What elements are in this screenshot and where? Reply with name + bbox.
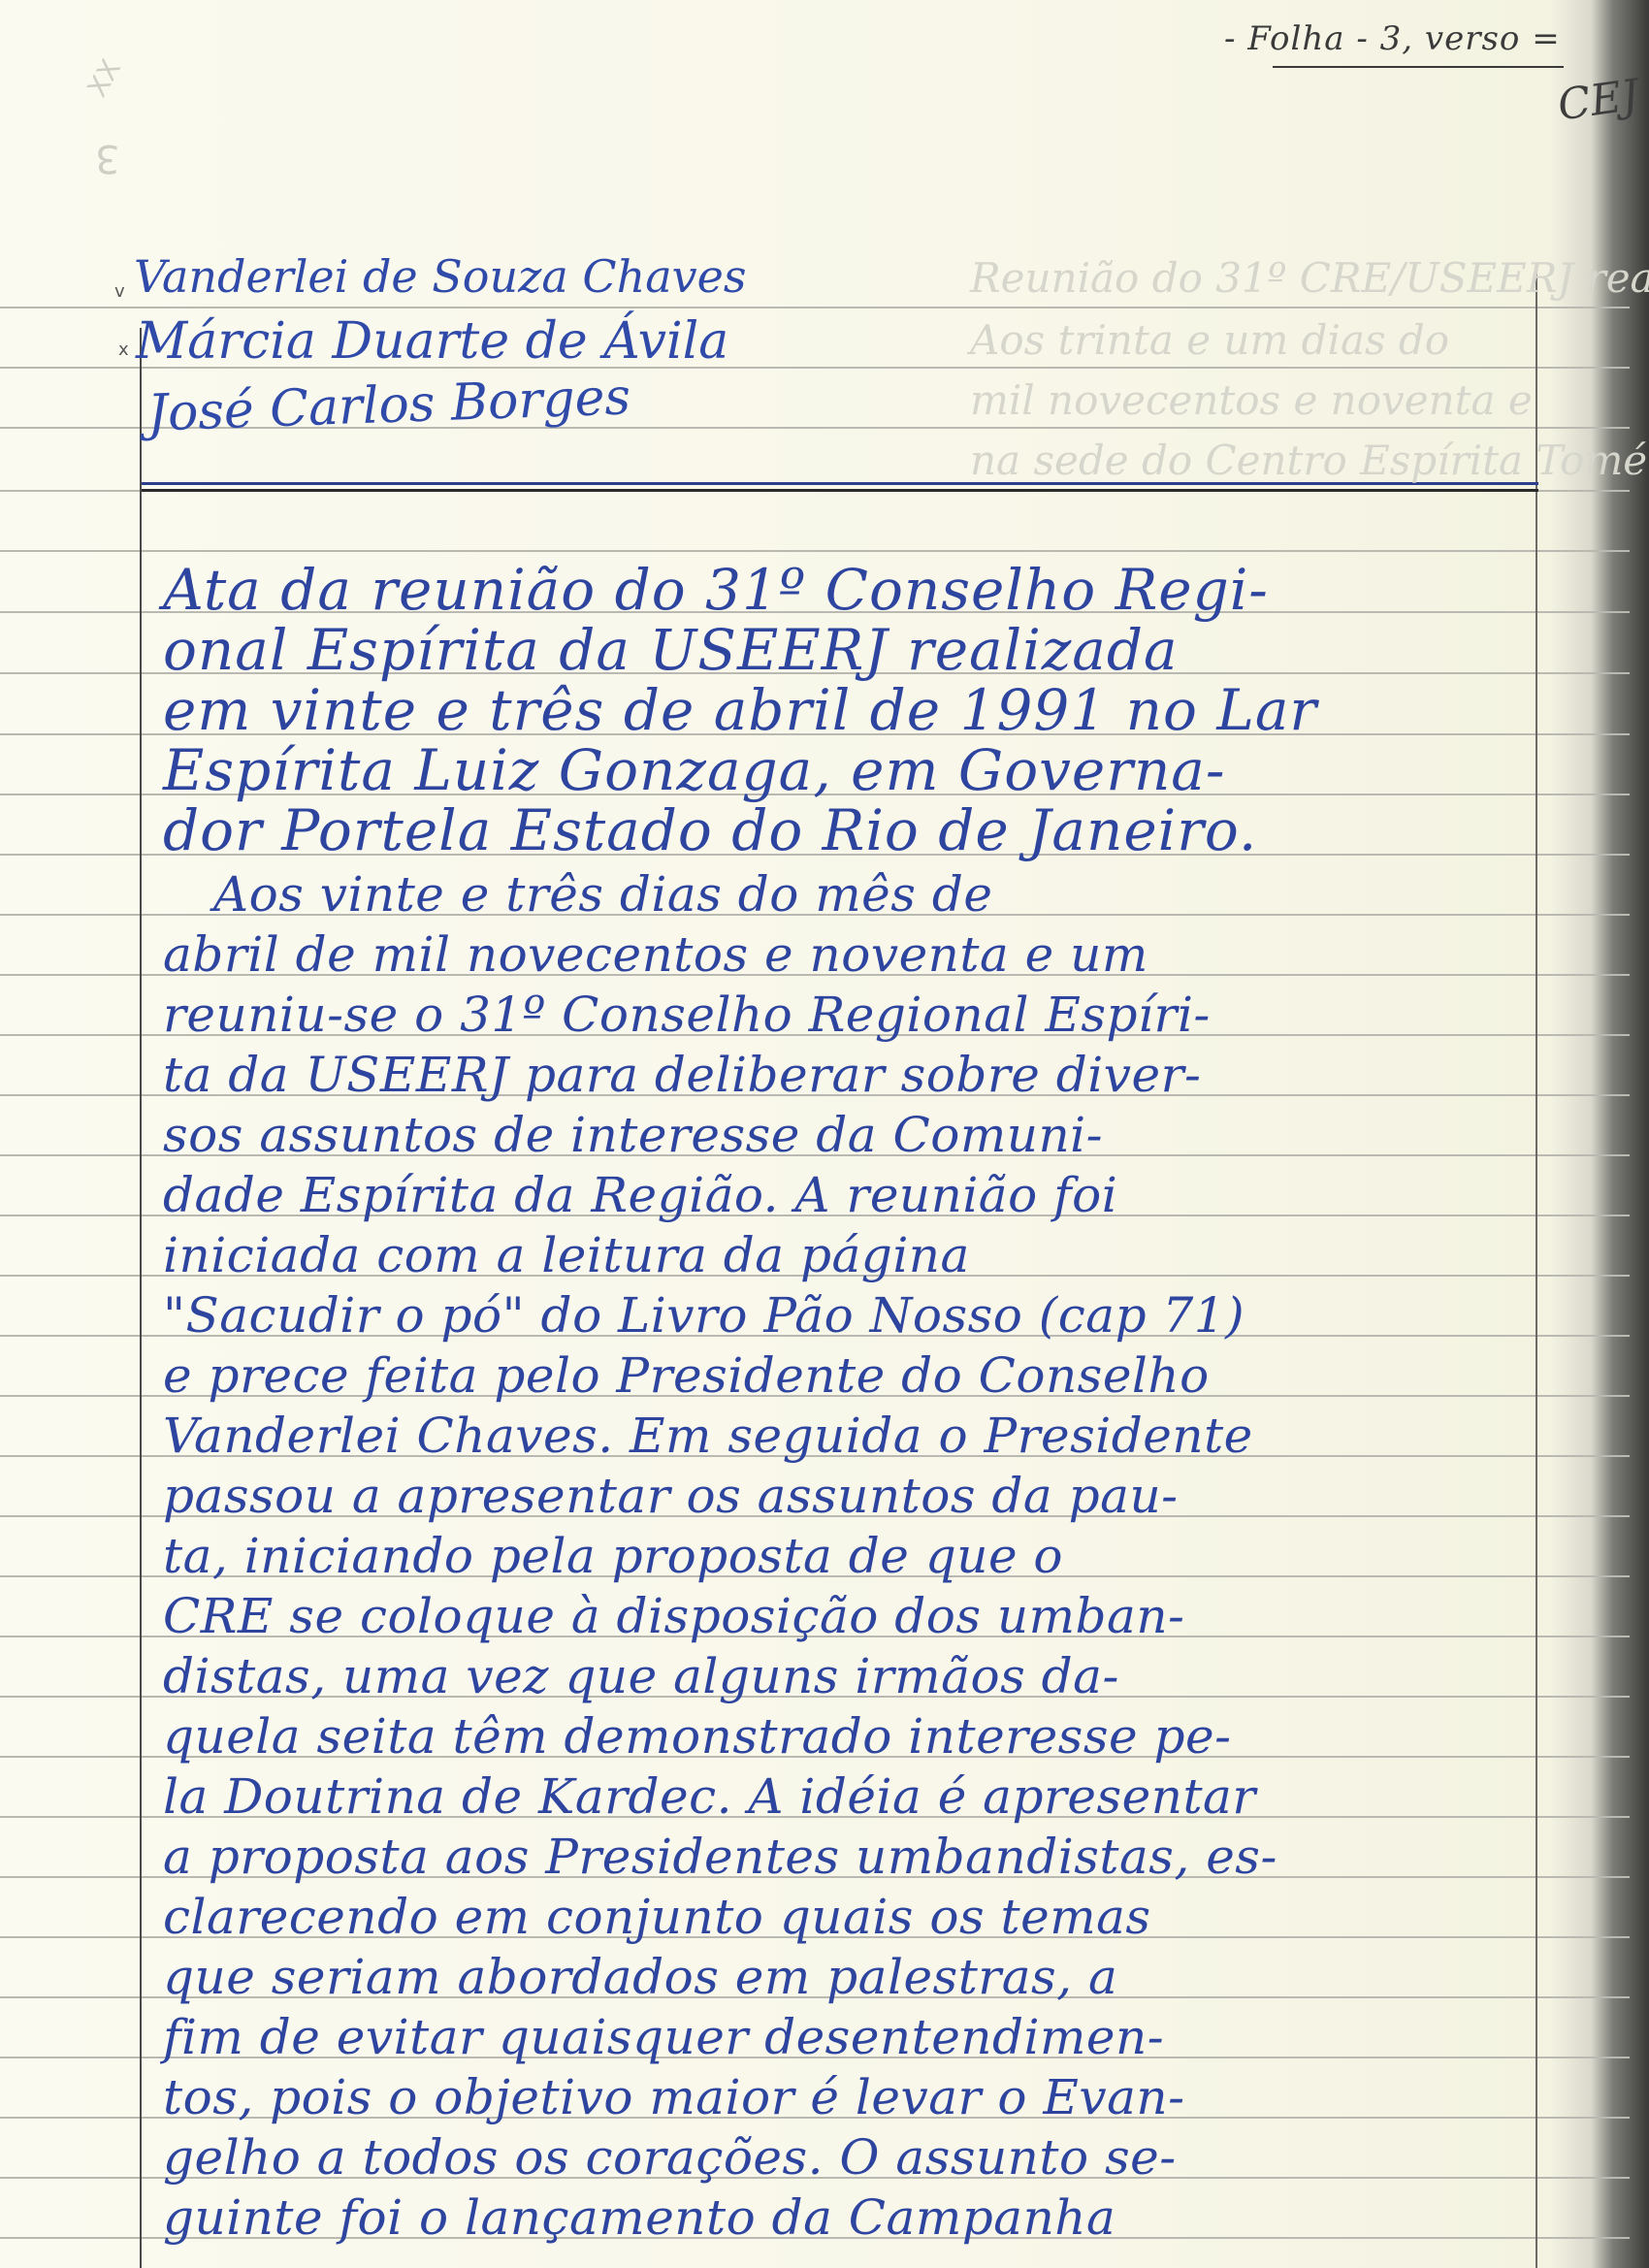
minutes-title-line: Espírita Luiz Gonzaga, em Governa-	[163, 743, 1531, 797]
pencil-mark: XX	[81, 54, 127, 103]
minutes-body-line: e prece feita pelo Presidente do Conselh…	[163, 1348, 1531, 1403]
minutes-body-line: gelho a todos os corações. O assunto se-	[163, 2130, 1531, 2185]
minutes-body-line: abril de mil novecentos e noventa e um	[163, 927, 1531, 982]
minutes-body-line: guinte foi o lançamento da Campanha	[163, 2190, 1531, 2245]
minutes-body-line: la Doutrina de Kardec. A idéia é apresen…	[163, 1769, 1531, 1824]
minutes-body-line: quela seita têm demonstrado interesse pe…	[163, 1709, 1531, 1764]
minutes-title-line: Ata da reunião do 31º Conselho Regi-	[163, 563, 1531, 617]
folio-underline	[1273, 66, 1564, 68]
minutes-body-line: reuniu-se o 31º Conselho Regional Espíri…	[163, 988, 1531, 1042]
notebook-page: Reunião do 31º CRE/USEERJ realizada Aos …	[0, 0, 1649, 2268]
minutes-body-line: ta da USEERJ para deliberar sobre diver-	[163, 1048, 1531, 1102]
folio-label: - Folha - 3, verso =	[1224, 19, 1561, 58]
initials-rubric: CEJ	[1555, 70, 1642, 130]
signature-check-mark: x	[118, 340, 129, 360]
signature-vanderlei: Vanderlei de Souza Chaves	[134, 250, 746, 303]
minutes-body-line: iniciada com a leitura da página	[163, 1228, 1531, 1282]
minutes-body-line: tos, pois o objetivo maior é levar o Eva…	[163, 2070, 1531, 2124]
minutes-body-line: Aos vinte e três dias do mês de	[213, 867, 1581, 922]
minutes-body-line: fim de evitar quaisquer desentendimen-	[163, 2010, 1531, 2064]
bleed-through-text: mil novecentos e noventa e	[970, 376, 1533, 424]
bleed-through-text: na sede do Centro Espírita Tomé	[970, 437, 1647, 484]
bleed-through-text: Reunião do 31º CRE/USEERJ realizada	[970, 254, 1649, 302]
signature-marcia: Márcia Duarte de Ávila	[136, 312, 728, 371]
left-margin-line	[140, 328, 142, 2268]
pencil-page-number: 3	[95, 136, 119, 180]
minutes-body-line: sos assuntos de interesse da Comuni-	[163, 1108, 1531, 1162]
bleed-through-text: Aos trinta e um dias do	[970, 316, 1449, 364]
minutes-body-line: "Sacudir o pó" do Livro Pão Nosso (cap 7…	[163, 1288, 1531, 1343]
ruled-line	[0, 307, 1630, 308]
signature-jose-carlos: José Carlos Borges	[146, 368, 631, 442]
minutes-body-line: distas, uma vez que alguns irmãos da-	[163, 1649, 1531, 1703]
minutes-body-line: ta, iniciando pela proposta de que o	[163, 1529, 1531, 1583]
right-margin-line	[1536, 272, 1537, 2268]
ruled-line	[0, 550, 1630, 552]
minutes-body-line: dade Espírita da Região. A reunião foi	[163, 1168, 1531, 1222]
minutes-title-line: onal Espírita da USEERJ realizada	[163, 623, 1531, 677]
minutes-body-line: clarecendo em conjunto quais os temas	[163, 1890, 1531, 1944]
minutes-title-line: em vinte e três de abril de 1991 no Lar	[163, 683, 1531, 737]
minutes-body-line: que seriam abordados em palestras, a	[163, 1950, 1531, 2004]
signature-separator-line	[142, 489, 1538, 492]
minutes-body-line: passou a apresentar os assuntos da pau-	[163, 1469, 1531, 1523]
signature-check-mark: v	[114, 281, 125, 302]
minutes-body-line: CRE se coloque à disposição dos umban-	[163, 1589, 1531, 1643]
minutes-body-line: Vanderlei Chaves. Em seguida o President…	[163, 1409, 1531, 1463]
minutes-body-line: a proposta aos Presidentes umbandistas, …	[163, 1830, 1531, 1884]
minutes-title-line: dor Portela Estado do Rio de Janeiro.	[163, 803, 1531, 858]
